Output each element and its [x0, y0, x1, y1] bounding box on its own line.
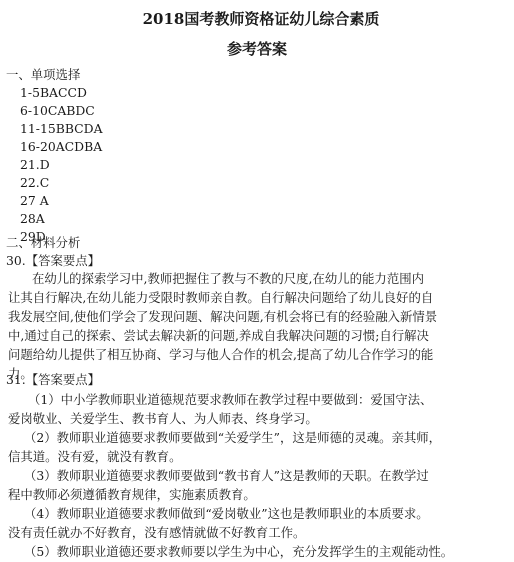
answer-item: 1-5BACCD	[20, 85, 87, 101]
document-subtitle: 参考答案	[0, 38, 514, 59]
q31-text-line: 爱岗敬业、关爱学生、教书育人、为人师表、终身学习。	[8, 411, 318, 427]
q31-text-line: （2）教师职业道德要求教师要做到“关爱学生”，这是师德的灵魂。亲其师，	[24, 430, 441, 446]
section-heading-single-choice: 一、单项选择	[6, 67, 80, 83]
q30-label: 30.【答案要点】	[6, 253, 100, 269]
q31-text-line: （3）教师职业道德要求教师要做到“教书育人”这是教师的天职。在教学过	[24, 468, 429, 484]
q31-text-line: 没有责任就办不好教育，没有感情就做不好教育工作。	[8, 525, 305, 541]
section-heading-material-analysis: 二、材料分析	[6, 235, 80, 251]
answer-item: 16-20ACDBA	[20, 139, 102, 155]
q30-text-line: 中,通过自己的探索、尝试去解决新的问题,养成自我解决问题的习惯;自行解决	[8, 328, 429, 344]
document-title: 2018国考教师资格证幼儿综合素质	[0, 8, 514, 29]
q30-text-line: 问题给幼儿提供了相互协商、学习与他人合作的机会,提高了幼儿合作学习的能	[8, 347, 433, 363]
answer-item: 27 A	[20, 193, 49, 209]
q31-label: 31.【答案要点】	[6, 372, 100, 388]
answer-item: 22.C	[20, 175, 49, 191]
q30-text-line: 我发展空间,使他们学会了发现问题、解决问题,有机会将已有的经验融入新情景	[8, 309, 437, 325]
q31-text-line: （5）教师职业道德还要求教师要以学生为中心，充分发挥学生的主观能动性。	[24, 544, 453, 560]
answer-item: 6-10CABDC	[20, 103, 95, 119]
q31-text-line: 信其道。没有爱，就没有教育。	[8, 449, 181, 465]
q31-text-line: 程中教师必须遵循教育规律，实施素质教育。	[8, 487, 256, 503]
q30-text-line: 在幼儿的探索学习中,教师把握住了教与不教的尺度,在幼儿的能力范围内	[32, 271, 424, 287]
answer-item: 11-15BBCDA	[20, 121, 103, 137]
q31-text-line: （1）中小学教师职业道德规范要求教师在教学过程中要做到：爱国守法、	[28, 392, 432, 408]
answer-item: 28A	[20, 211, 45, 227]
answer-item: 21.D	[20, 157, 50, 173]
q31-text-line: （4）教师职业道德要求教师做到“爱岗敬业”这也是教师职业的本质要求。	[24, 506, 429, 522]
q30-text-line: 让其自行解决,在幼儿能力受限时教师亲自教。自行解决问题给了幼儿良好的自	[8, 290, 433, 306]
